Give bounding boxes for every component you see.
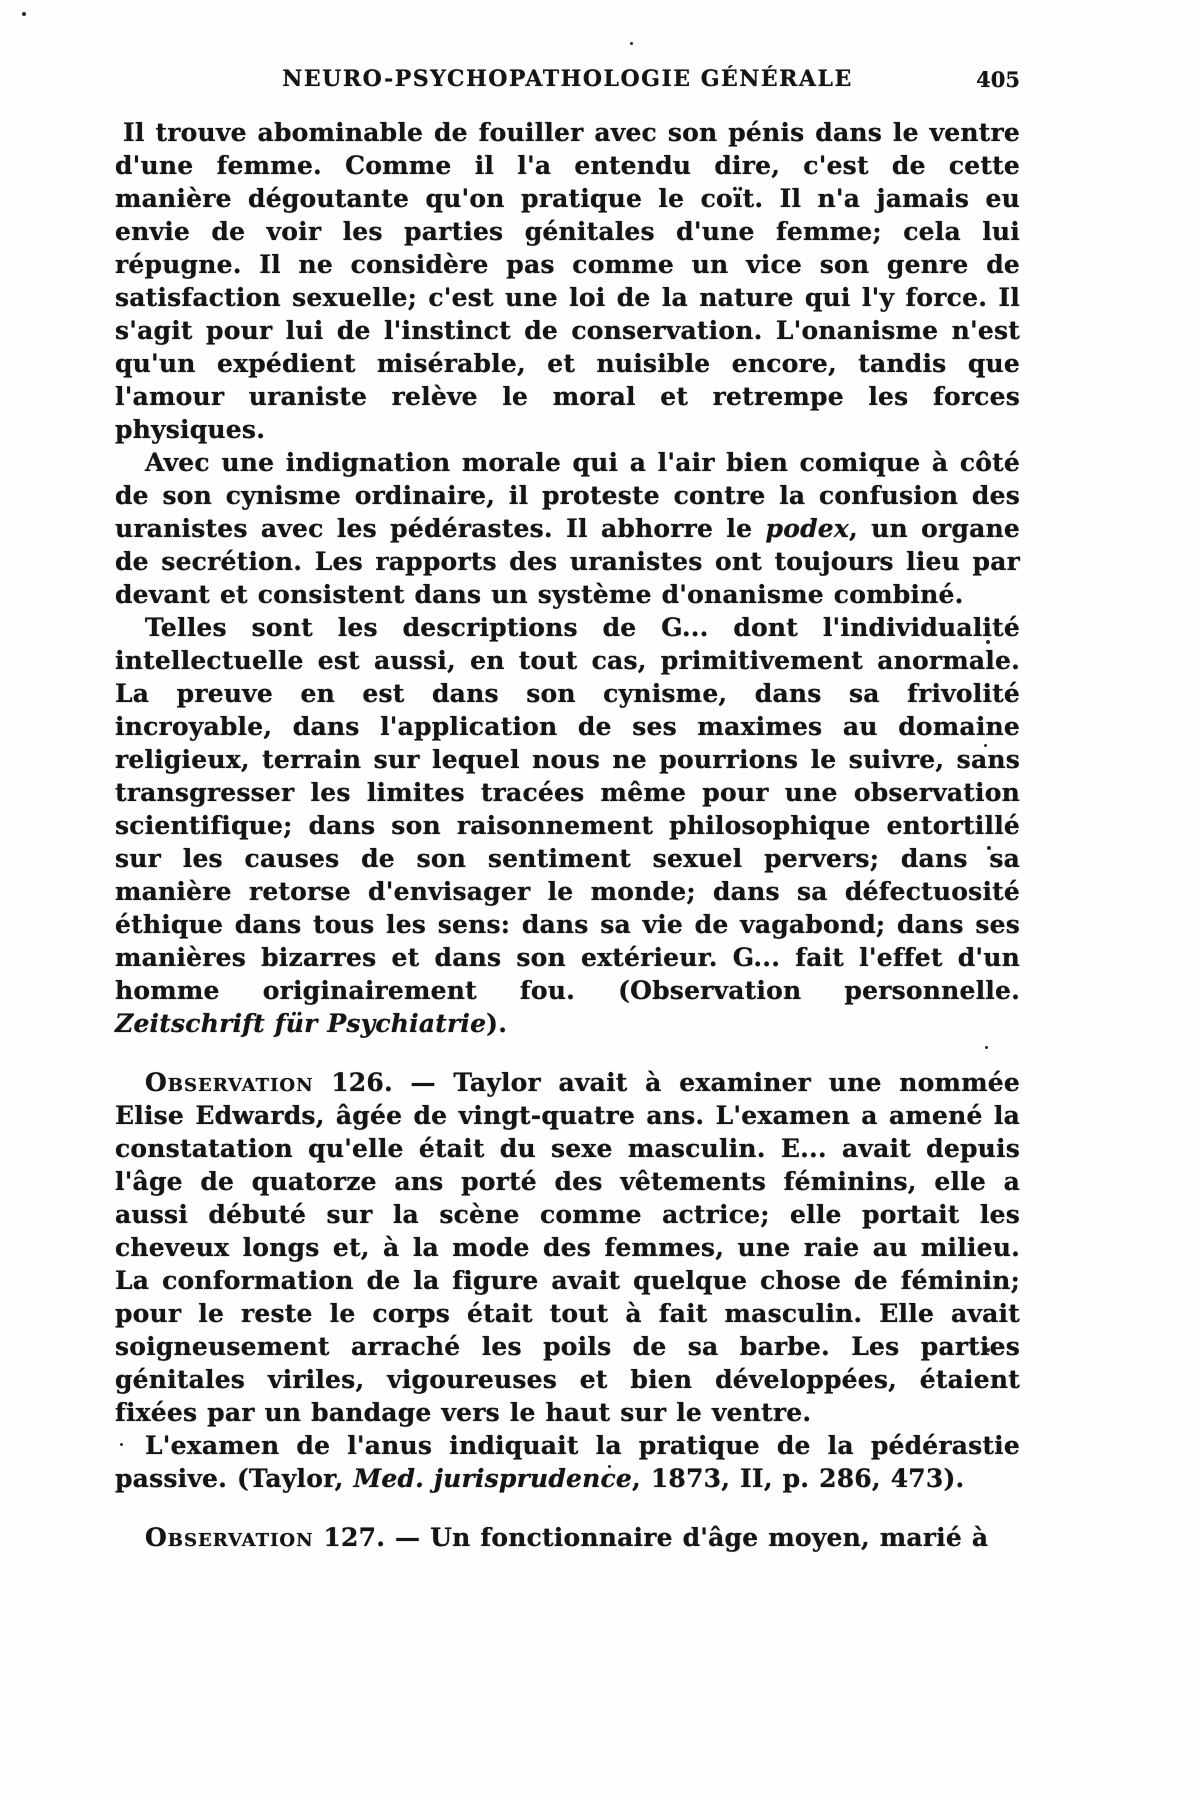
paragraph-observation-127: Observation 127. — Un fonctionnaire d'âg… xyxy=(115,1521,1020,1554)
scan-artifact-dot xyxy=(120,1443,123,1446)
text-segment: ). xyxy=(486,1009,507,1038)
text-segment: Zeitschrift für Psychiatrie xyxy=(115,1009,486,1038)
paragraph-descriptions: Telles sont les descriptions de G... don… xyxy=(115,611,1020,1040)
scan-artifact-dot xyxy=(985,1046,988,1049)
scan-artifact-dot xyxy=(630,42,633,45)
scan-artifact-dot xyxy=(987,1146,991,1150)
text-segment: Il trouve abominable de fouiller avec so… xyxy=(115,118,1020,444)
text-segment: 127. — Un fonctionnaire d'âge moyen, mar… xyxy=(314,1523,989,1552)
scan-artifact-dot xyxy=(986,1348,990,1352)
observation-label: Observation xyxy=(145,1068,314,1097)
scan-artifact-dot xyxy=(987,846,991,850)
scan-artifact-dot xyxy=(984,744,987,747)
book-page: NEURO-PSYCHOPATHOLOGIE GÉNÉRALE 405 Il t… xyxy=(0,0,1200,1800)
page-body: Il trouve abominable de fouiller avec so… xyxy=(115,116,1020,1554)
text-segment: Med. jurisprudence xyxy=(353,1464,632,1493)
scan-artifact-dot xyxy=(22,12,26,16)
paragraph-indignation: Avec une indignation morale qui a l'air … xyxy=(115,446,1020,611)
paragraph-observation-126: Observation 126. — Taylor avait à examin… xyxy=(115,1066,1020,1429)
text-segment: podex xyxy=(766,514,849,543)
paragraph-continuation: Il trouve abominable de fouiller avec so… xyxy=(115,116,1020,446)
running-title: NEURO-PSYCHOPATHOLOGIE GÉNÉRALE xyxy=(115,66,1020,92)
scan-artifact-dot xyxy=(608,1465,611,1468)
page-number: 405 xyxy=(976,67,1020,92)
running-header: NEURO-PSYCHOPATHOLOGIE GÉNÉRALE 405 xyxy=(115,66,1020,96)
observation-label: Observation xyxy=(145,1523,314,1552)
text-segment: , 1873, II, p. 286, 473). xyxy=(632,1464,964,1493)
scan-artifact-dot xyxy=(985,1247,988,1250)
scan-artifact-dot xyxy=(986,640,990,644)
paragraph-examen-anus: L'examen de l'anus indiquait la pratique… xyxy=(115,1429,1020,1495)
text-segment: 126. — Taylor avait à examiner une nommé… xyxy=(115,1068,1020,1427)
text-segment: Telles sont les descriptions de G... don… xyxy=(115,613,1020,1005)
